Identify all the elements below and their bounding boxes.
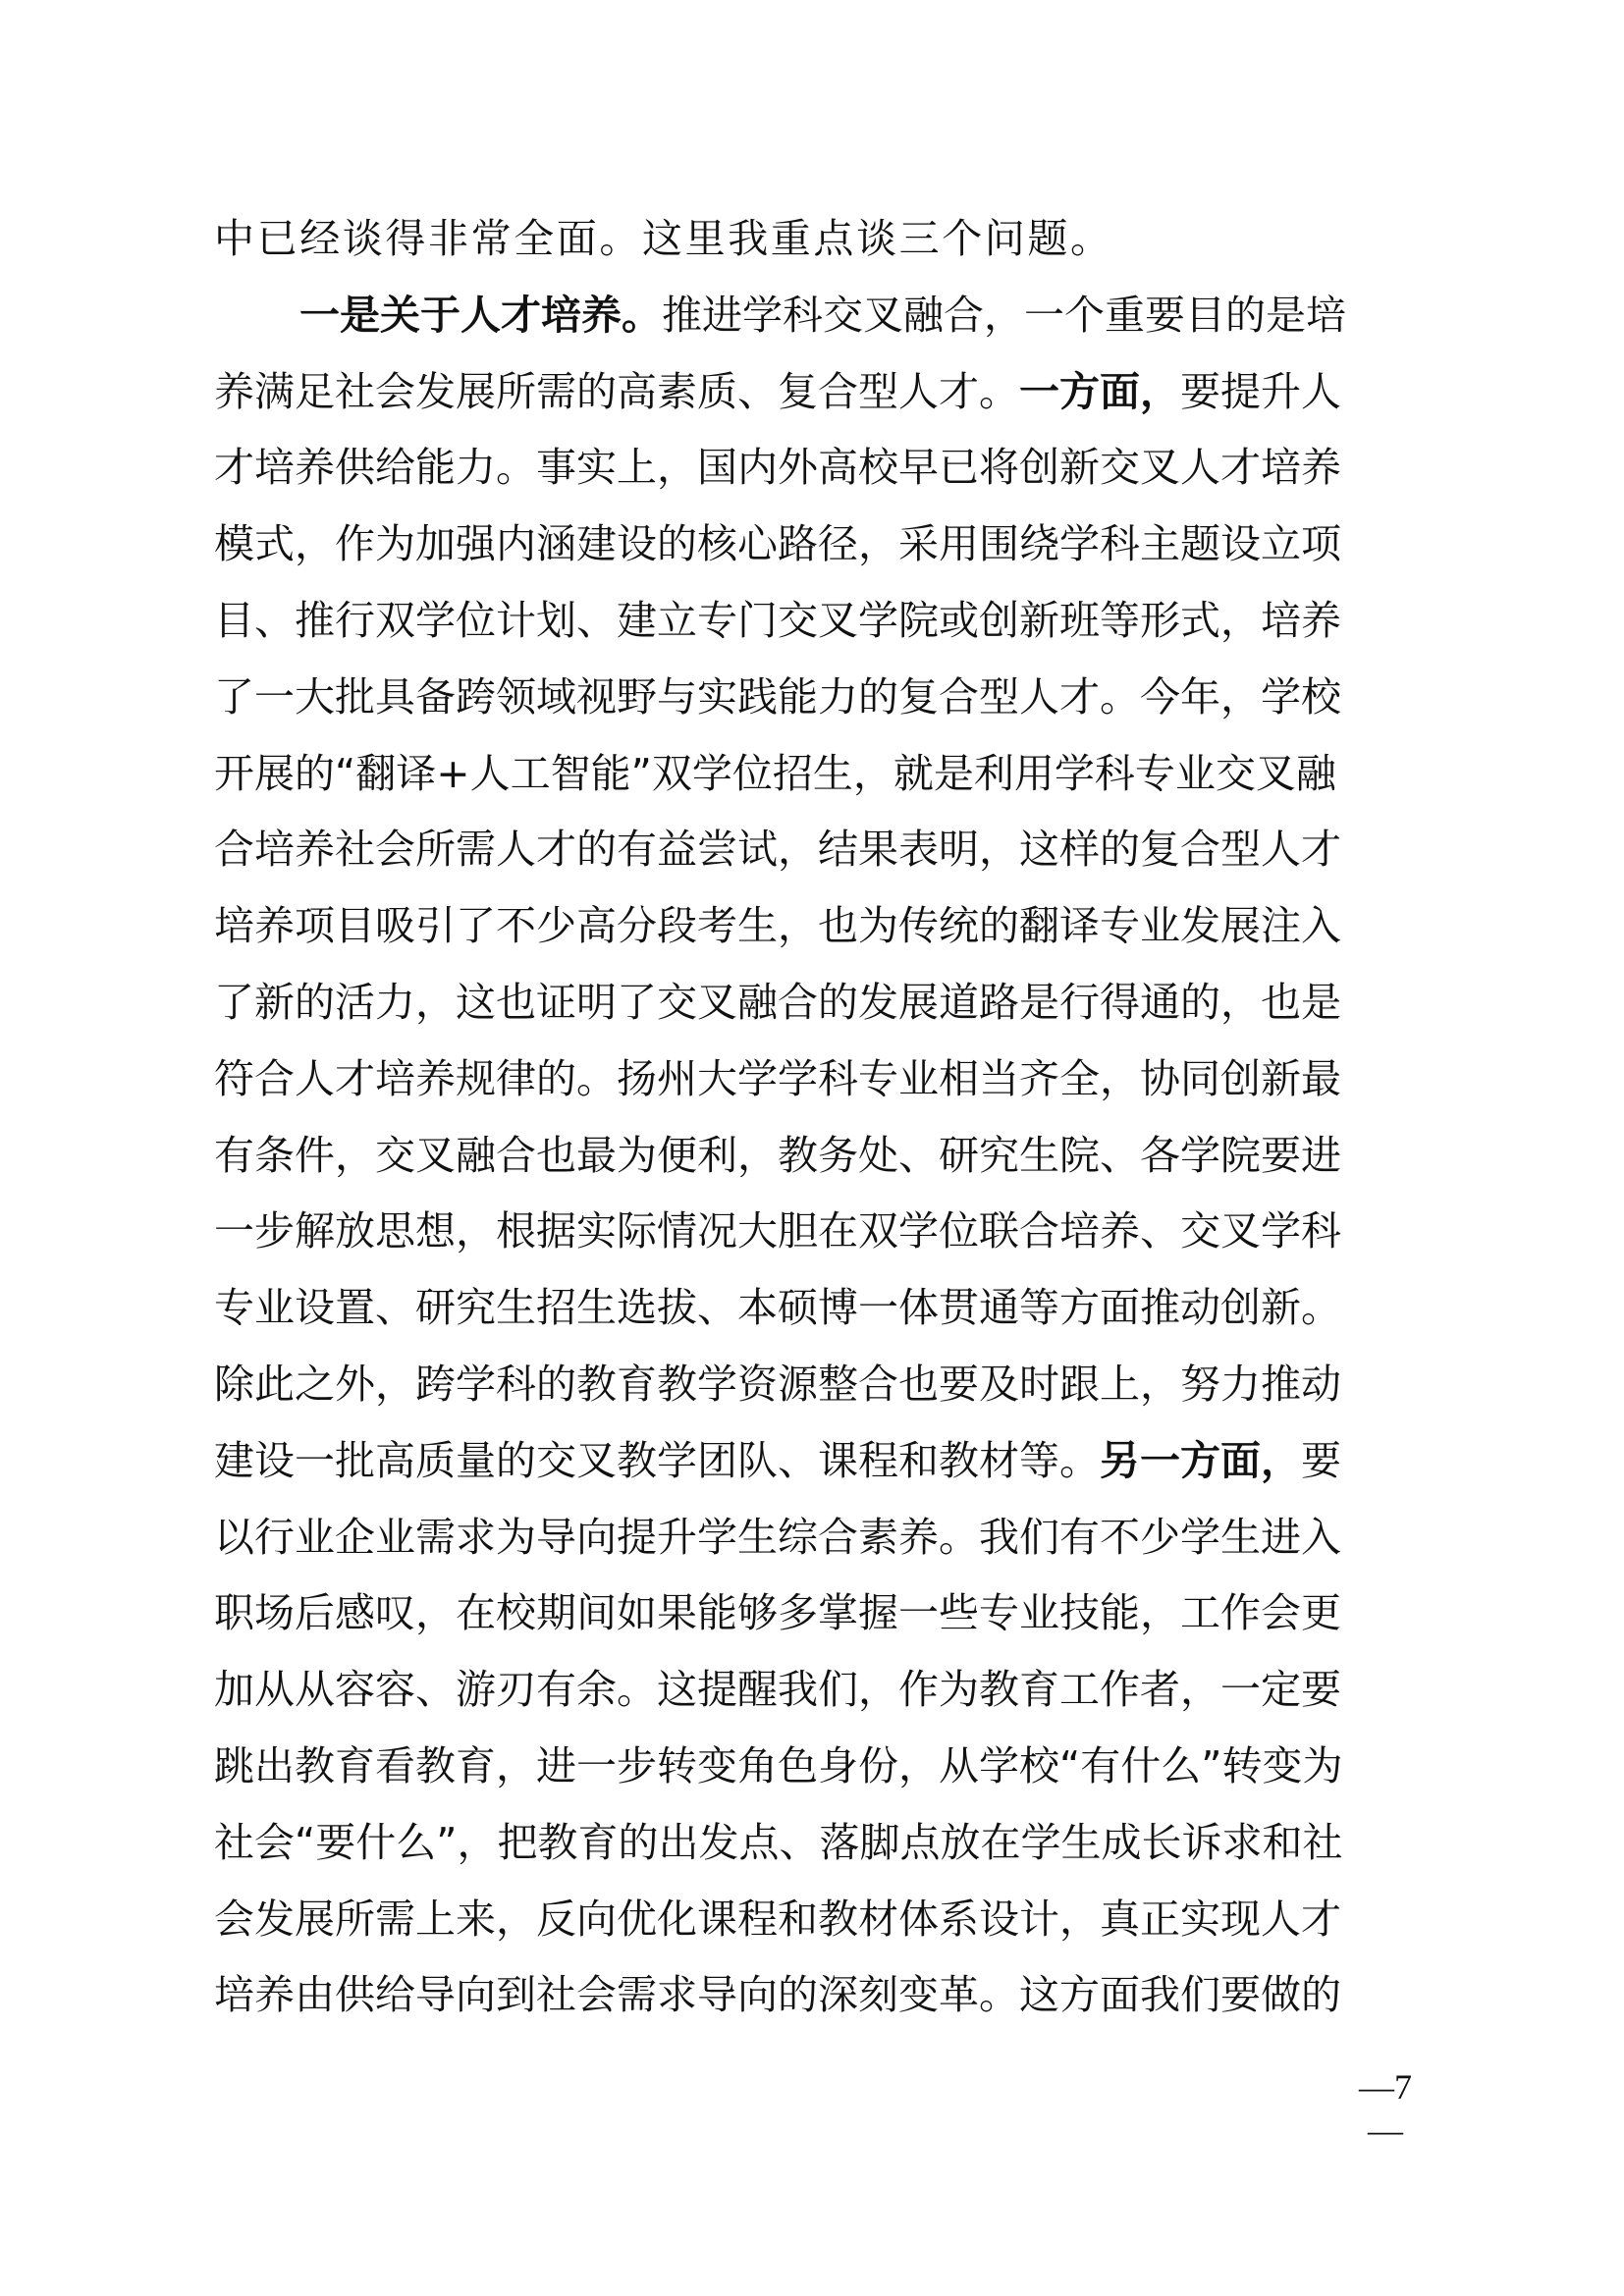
text-segment: 培养项目吸引了不少高分段考生，也为传统的翻译专业发展注入 (214, 902, 1341, 949)
section-heading: 一是关于人才培养。 (299, 292, 662, 339)
text-line-8: 开展的“翻译+人工智能”双学位招生，就是利用学科专业交叉融 (214, 745, 1414, 822)
text-segment: 合培养社会所需人才的有益尝试，结果表明，这样的复合型人才 (214, 826, 1341, 873)
text-segment: 建设一批高质量的交叉教学团队、课程和教材等。 (214, 1437, 1100, 1484)
text-line-17: 建设一批高质量的交叉教学团队、课程和教材等。另一方面，要 (214, 1432, 1414, 1509)
text-segment: 符合人才培养规律的。扬州大学学科专业相当齐全，协同创新最 (214, 1055, 1341, 1102)
text-line-24: 培养由供给导向到社会需求导向的深刻变革。这方面我们要做的 (214, 1966, 1414, 2043)
text-line-23: 会发展所需上来，反向优化课程和教材体系设计，真正实现人才 (214, 1891, 1414, 1967)
text-line-9: 合培养社会所需人才的有益尝试，结果表明，这样的复合型人才 (214, 821, 1414, 897)
body-text: 中已经谈得非常全面。这里我重点谈三个问题。 一是关于人才培养。推进学科交叉融合，… (214, 210, 1414, 2043)
text-segment: 会发展所需上来，反向优化课程和教材体系设计，真正实现人才 (214, 1896, 1341, 1943)
text-line-1: 中已经谈得非常全面。这里我重点谈三个问题。 (214, 210, 1414, 287)
emphasis-phrase: 一方面， (1019, 368, 1180, 415)
text-segment: 职场后感叹，在校期间如果能够多掌握一些专业技能，工作会更 (214, 1589, 1341, 1636)
text-segment: 了新的活力，这也证明了交叉融合的发展道路是行得通的，也是 (214, 979, 1341, 1026)
text-line-22: 社会“要什么”，把教育的出发点、落脚点放在学生成长诉求和社 (214, 1814, 1414, 1891)
text-line-12: 符合人才培养规律的。扬州大学学科专业相当齐全，协同创新最 (214, 1050, 1414, 1127)
text-segment: 有条件，交叉融合也最为便利，教务处、研究生院、各学院要进 (214, 1132, 1341, 1179)
text-line-14: 一步解放思想，根据实际情况大胆在双学位联合培养、交叉学科 (214, 1202, 1414, 1279)
text-line-5: 模式，作为加强内涵建设的核心路径，采用围绕学科主题设立项 (214, 515, 1414, 592)
text-segment: 中已经谈得非常全面。这里我重点谈三个问题。 (214, 215, 1113, 262)
text-segment: 除此之外，跨学科的教育教学资源整合也要及时跟上，努力推动 (214, 1361, 1341, 1408)
text-line-15: 专业设置、研究生招生选拔、本硕博一体贯通等方面推动创新。 (214, 1279, 1414, 1356)
text-line-10: 培养项目吸引了不少高分段考生，也为传统的翻译专业发展注入 (214, 897, 1414, 974)
text-segment: 要 (1301, 1437, 1341, 1484)
text-segment: 跳出教育看教育，进一步转变角色身份，从学校“有什么”转变为 (214, 1742, 1342, 1789)
text-segment: 模式，作为加强内涵建设的核心路径，采用围绕学科主题设立项 (214, 520, 1341, 567)
text-line-7: 了一大批具备跨领域视野与实践能力的复合型人才。今年，学校 (214, 668, 1414, 745)
text-line-13: 有条件，交叉融合也最为便利，教务处、研究生院、各学院要进 (214, 1127, 1414, 1203)
text-segment: 社会“要什么”，把教育的出发点、落脚点放在学生成长诉求和社 (214, 1819, 1342, 1866)
text-segment: 推进学科交叉融合，一个重要目的是培 (662, 292, 1346, 339)
text-line-11: 了新的活力，这也证明了交叉融合的发展道路是行得通的，也是 (214, 974, 1414, 1050)
text-segment: 以行业企业需求为导向提升学生综合素养。我们有不少学生进入 (214, 1514, 1341, 1561)
text-segment: 培养由供给导向到社会需求导向的深刻变革。这方面我们要做的 (214, 1971, 1341, 2018)
text-segment: 目、推行双学位计划、建立专门交叉学院或创新班等形式，培养 (214, 597, 1341, 644)
text-segment: 要提升人 (1180, 368, 1341, 415)
text-segment: 一步解放思想，根据实际情况大胆在双学位联合培养、交叉学科 (214, 1207, 1341, 1255)
page-number: —7— (1355, 2065, 1416, 2152)
document-page: 中已经谈得非常全面。这里我重点谈三个问题。 一是关于人才培养。推进学科交叉融合，… (0, 0, 1624, 2296)
text-segment: 了一大批具备跨领域视野与实践能力的复合型人才。今年，学校 (214, 673, 1341, 721)
text-line-2: 一是关于人才培养。推进学科交叉融合，一个重要目的是培 (214, 287, 1414, 363)
text-line-16: 除此之外，跨学科的教育教学资源整合也要及时跟上，努力推动 (214, 1356, 1414, 1432)
text-segment: 开展的“翻译+人工智能”双学位招生，就是利用学科专业交叉融 (214, 750, 1336, 797)
text-segment: 专业设置、研究生招生选拔、本硕博一体贯通等方面推动创新。 (214, 1284, 1341, 1331)
text-line-6: 目、推行双学位计划、建立专门交叉学院或创新班等形式，培养 (214, 592, 1414, 668)
text-line-19: 职场后感叹，在校期间如果能够多掌握一些专业技能，工作会更 (214, 1584, 1414, 1661)
text-line-4: 才培养供给能力。事实上，国内外高校早已将创新交叉人才培养 (214, 439, 1414, 515)
text-line-18: 以行业企业需求为导向提升学生综合素养。我们有不少学生进入 (214, 1509, 1414, 1585)
text-segment: 养满足社会发展所需的高素质、复合型人才。 (214, 368, 1019, 415)
text-segment: 才培养供给能力。事实上，国内外高校早已将创新交叉人才培养 (214, 444, 1341, 491)
text-line-21: 跳出教育看教育，进一步转变角色身份，从学校“有什么”转变为 (214, 1737, 1414, 1814)
text-segment: 加从从容容、游刃有余。这提醒我们，作为教育工作者，一定要 (214, 1666, 1341, 1713)
emphasis-phrase: 另一方面， (1100, 1437, 1301, 1484)
text-line-3: 养满足社会发展所需的高素质、复合型人才。一方面，要提升人 (214, 363, 1414, 440)
text-line-20: 加从从容容、游刃有余。这提醒我们，作为教育工作者，一定要 (214, 1661, 1414, 1737)
